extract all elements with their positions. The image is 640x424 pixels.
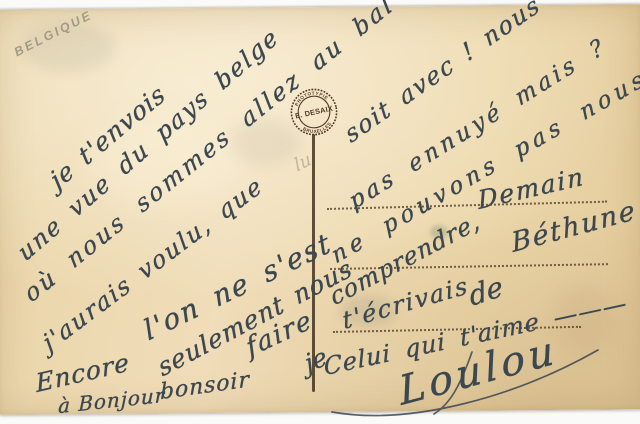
signature-flourish [322,338,608,424]
handwriting-segment: ne pouvons pas nous [329,66,640,268]
flourish-stroke [332,350,598,415]
postcard-content: BELGIQUE PHOTOTYPIE BRUXELLES E. DESAIX … [0,0,640,424]
pencil-annotation-belgique: BELGIQUE [12,8,95,60]
flourish-cross-stroke [434,352,472,414]
handwriting-segment: de [467,273,505,311]
handwriting-segment: Béthune [510,197,638,257]
postcard-photo: BELGIQUE PHOTOTYPIE BRUXELLES E. DESAIX … [0,0,640,424]
handwriting-segment: une vue du pays belge [14,24,283,266]
handwriting-segment: lu [292,150,314,175]
stamp-center-text: E. DESAIX [294,104,333,121]
